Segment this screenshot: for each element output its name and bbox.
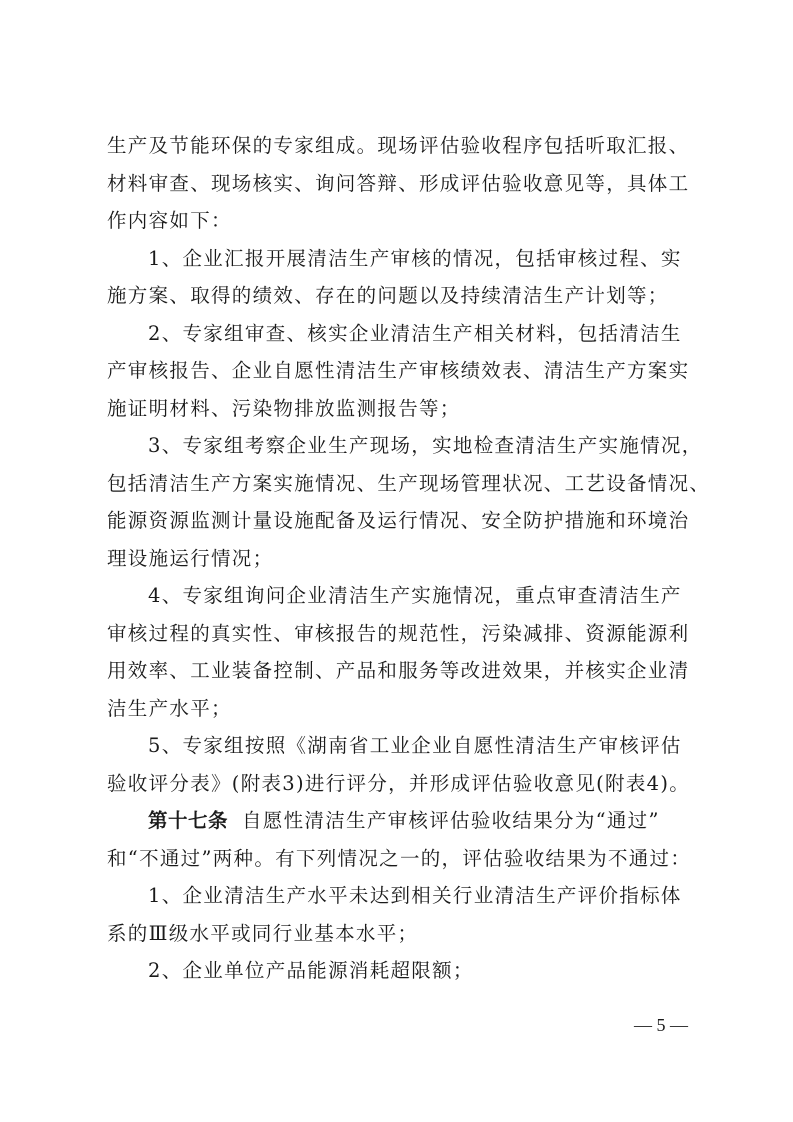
page-number: — 5 — (634, 1015, 688, 1036)
article-17-line: 和“不通过”两种。有下列情况之一的，评估验收结果为不通过： (107, 840, 693, 878)
list-item-2-line: 2、专家组审查、核实企业清洁生产相关材料，包括清洁生 (107, 315, 693, 353)
condition-item-2-line: 2、企业单位产品能源消耗超限额； (107, 952, 693, 990)
list-item-4-line: 洁生产水平； (107, 690, 693, 728)
list-item-1-line: 施方案、取得的绩效、存在的问题以及持续清洁生产计划等； (107, 277, 693, 315)
list-item-3-line: 包括清洁生产方案实施情况、生产现场管理状况、工艺设备情况、 (107, 465, 693, 503)
document-body: 生产及节能环保的专家组成。现场评估验收程序包括听取汇报、 材料审查、现场核实、询… (107, 127, 693, 990)
list-item-3-line: 3、专家组考察企业生产现场，实地检查清洁生产实施情况， (107, 427, 693, 465)
list-item-4-line: 用效率、工业装备控制、产品和服务等改进效果，并核实企业清 (107, 652, 693, 690)
list-item-5-line: 验收评分表》(附表3)进行评分，并形成评估验收意见(附表4)。 (107, 765, 693, 803)
condition-item-1-line: 1、企业清洁生产水平未达到相关行业清洁生产评价指标体 (107, 877, 693, 915)
list-item-1-line: 1、企业汇报开展清洁生产审核的情况，包括审核过程、实 (107, 240, 693, 278)
list-item-3-line: 能源资源监测计量设施配备及运行情况、安全防护措施和环境治 (107, 502, 693, 540)
list-item-3-line: 理设施运行情况； (107, 540, 693, 578)
paragraph-line: 作内容如下： (107, 202, 693, 240)
list-item-2-line: 施证明材料、污染物排放监测报告等； (107, 390, 693, 428)
condition-item-1-line: 系的Ⅲ级水平或同行业基本水平； (107, 915, 693, 953)
article-17-line: 第十七条自愿性清洁生产审核评估验收结果分为“通过” (107, 802, 693, 840)
list-item-5-line: 5、专家组按照《湖南省工业企业自愿性清洁生产审核评估 (107, 727, 693, 765)
list-item-2-line: 产审核报告、企业自愿性清洁生产审核绩效表、清洁生产方案实 (107, 352, 693, 390)
article-text: 自愿性清洁生产审核评估验收结果分为“通过” (242, 809, 660, 832)
article-heading: 第十七条 (148, 809, 228, 832)
paragraph-line: 材料审查、现场核实、询问答辩、形成评估验收意见等，具体工 (107, 165, 693, 203)
paragraph-line: 生产及节能环保的专家组成。现场评估验收程序包括听取汇报、 (107, 127, 693, 165)
list-item-4-line: 4、专家组询问企业清洁生产实施情况，重点审查清洁生产 (107, 577, 693, 615)
list-item-4-line: 审核过程的真实性、审核报告的规范性，污染减排、资源能源利 (107, 615, 693, 653)
